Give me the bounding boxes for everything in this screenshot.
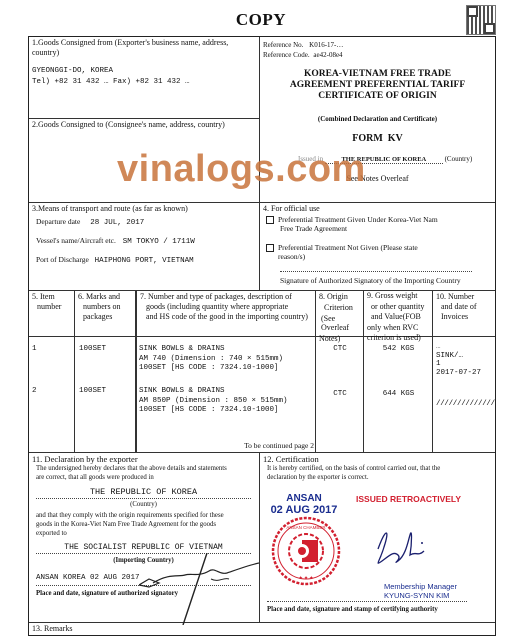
reference-code-value: ae42-08e4 bbox=[313, 51, 342, 59]
option2-line2: reason/s) bbox=[278, 252, 305, 261]
port-label: Port of Discharge bbox=[36, 255, 89, 264]
issued-retroactively-badge: ISSUED RETROACTIVELY bbox=[356, 494, 461, 504]
reference-no-label: Reference No. bbox=[263, 41, 303, 49]
box-certification: 12. Certification It is hereby certified… bbox=[260, 453, 495, 623]
signer-name: KYUNG-SYNN KIM bbox=[384, 591, 457, 600]
box4-label: 4. For official use bbox=[260, 203, 495, 215]
col-header-invoice: 10. Number and date of Invoices bbox=[433, 291, 495, 337]
option1-line1: Preferential Treatment Given Under Korea… bbox=[278, 215, 438, 224]
col-header-weight: 9. Gross weight or other quantity and Va… bbox=[364, 291, 433, 337]
box3-label: 3.Means of transport and route (as far a… bbox=[29, 203, 259, 215]
qr-code-icon bbox=[466, 5, 496, 35]
col-header-origin: 8. Origin Criterion (See Overleaf Notes) bbox=[316, 291, 364, 337]
svg-text:ANSAN CHAMBER: ANSAN CHAMBER bbox=[286, 525, 326, 530]
watermark-text: vinalogs.com bbox=[117, 148, 366, 191]
importing-signatory-label: Signature of Authorized Signatory of the… bbox=[280, 276, 461, 285]
port-value: HAIPHONG PORT, VIETNAM bbox=[95, 257, 194, 265]
desc-line: SINK BOWLS & DRAINS bbox=[139, 387, 288, 397]
vessel-label: Vessel's name/Aircraft etc. bbox=[36, 236, 116, 245]
box-consigned-from: 1.Goods Consigned from (Exporter's busin… bbox=[29, 37, 260, 119]
signer-title: Membership Manager bbox=[384, 582, 457, 591]
cert-title-line3: CERTIFICATE OF ORIGIN bbox=[260, 91, 495, 102]
marks-value: 100SET bbox=[79, 345, 106, 353]
exporter-contact: Tel) +82 31 432 … Fax) +82 31 432 … bbox=[32, 78, 190, 86]
cert-subtitle: (Combined Declaration and Certificate) bbox=[260, 115, 495, 123]
reference-code-label: Reference Code. bbox=[263, 51, 310, 59]
form-name: FORM KV bbox=[260, 133, 495, 144]
departure-value: 28 JUL, 2017 bbox=[90, 219, 144, 227]
desc-line: AM 850P (Dimension : 850 × 515mm) bbox=[139, 397, 288, 407]
origin-criterion: CTC bbox=[316, 390, 364, 398]
exporter-address: GYEONGGI-DO, KOREA bbox=[32, 67, 113, 75]
desc-line: 100SET [HS CODE : 7324.10-1000] bbox=[139, 364, 283, 374]
box13-label: 13. Remarks bbox=[29, 623, 495, 635]
cert-title-line1: KOREA-VIETNAM FREE TRADE bbox=[260, 69, 495, 80]
certifier-signature-icon bbox=[372, 521, 432, 573]
exporter-signature-label: Place and date, signature of authorized … bbox=[36, 590, 178, 597]
exporter-signature-icon bbox=[139, 553, 259, 625]
signature-line bbox=[280, 271, 472, 272]
box-transport: 3.Means of transport and route (as far a… bbox=[29, 203, 260, 291]
certifier-signature-label: Place and date, signature and stamp of c… bbox=[267, 606, 438, 613]
departure-label: Departure date bbox=[36, 217, 80, 226]
box-exporter-declaration: 11. Declaration by the exporter The unde… bbox=[29, 453, 260, 623]
document-title: COPY bbox=[0, 10, 522, 30]
box-official-use: 4. For official use Preferential Treatme… bbox=[260, 203, 495, 291]
reference-no-value: K016-17-… bbox=[309, 41, 343, 49]
stamp-city: ANSAN bbox=[264, 493, 344, 504]
col-header-marks: 6. Marks and numbers on packages bbox=[75, 291, 136, 337]
origin-criterion: CTC bbox=[316, 345, 364, 353]
box2-label: 2.Goods Consigned to (Consignee's name, … bbox=[29, 119, 259, 131]
continued-note: To be continued page 2 bbox=[229, 441, 314, 450]
gross-weight: 542 KGS bbox=[364, 345, 433, 353]
desc-line: AM 740 (Dimension : 740 × 515mm) bbox=[139, 355, 283, 365]
svg-text:★ ★ ★: ★ ★ ★ bbox=[299, 575, 315, 580]
box1-label: 1.Goods Consigned from (Exporter's busin… bbox=[29, 37, 259, 59]
vessel-value: SM TOKYO / 1711W bbox=[123, 238, 195, 246]
col-header-item: 5. Item number bbox=[29, 291, 75, 337]
option1-line2: Free Trade Agreement bbox=[280, 224, 347, 233]
desc-line: SINK BOWLS & DRAINS bbox=[139, 345, 283, 355]
desc-line: 100SET [HS CODE : 7324.10-1000] bbox=[139, 406, 288, 416]
preferential-not-given-checkbox[interactable] bbox=[266, 244, 274, 252]
gross-weight: 644 KGS bbox=[364, 390, 433, 398]
marks-value: 100SET bbox=[79, 387, 106, 395]
col-header-description: 7. Number and type of packages, descript… bbox=[136, 291, 316, 337]
cert-title-line2: AGREEMENT PREFERENTIAL TARIFF bbox=[260, 80, 495, 91]
certifier-signature-line bbox=[267, 601, 467, 602]
preferential-given-checkbox[interactable] bbox=[266, 216, 274, 224]
item-number: 2 bbox=[32, 387, 37, 395]
country-caption: (Country) bbox=[36, 501, 251, 508]
col-item bbox=[29, 337, 75, 453]
chamber-seal-icon: ANSAN CHAMBER ★ ★ ★ bbox=[271, 516, 341, 586]
produced-country: THE REPUBLIC OF KOREA bbox=[36, 487, 251, 499]
stamp-date: 02 AUG 2017 bbox=[262, 504, 346, 516]
country-label: (Country) bbox=[445, 155, 473, 163]
invoice-fill: ////////////// bbox=[436, 400, 495, 408]
option2-line1: Preferential Treatment Not Given (Please… bbox=[278, 243, 418, 252]
item-number: 1 bbox=[32, 345, 37, 353]
invoice-details: … SINK/… 1 2017-07-27 bbox=[436, 343, 481, 377]
col-marks bbox=[75, 337, 136, 453]
certificate-form: 1.Goods Consigned from (Exporter's busin… bbox=[28, 36, 496, 636]
box-remarks: 13. Remarks bbox=[29, 623, 495, 636]
